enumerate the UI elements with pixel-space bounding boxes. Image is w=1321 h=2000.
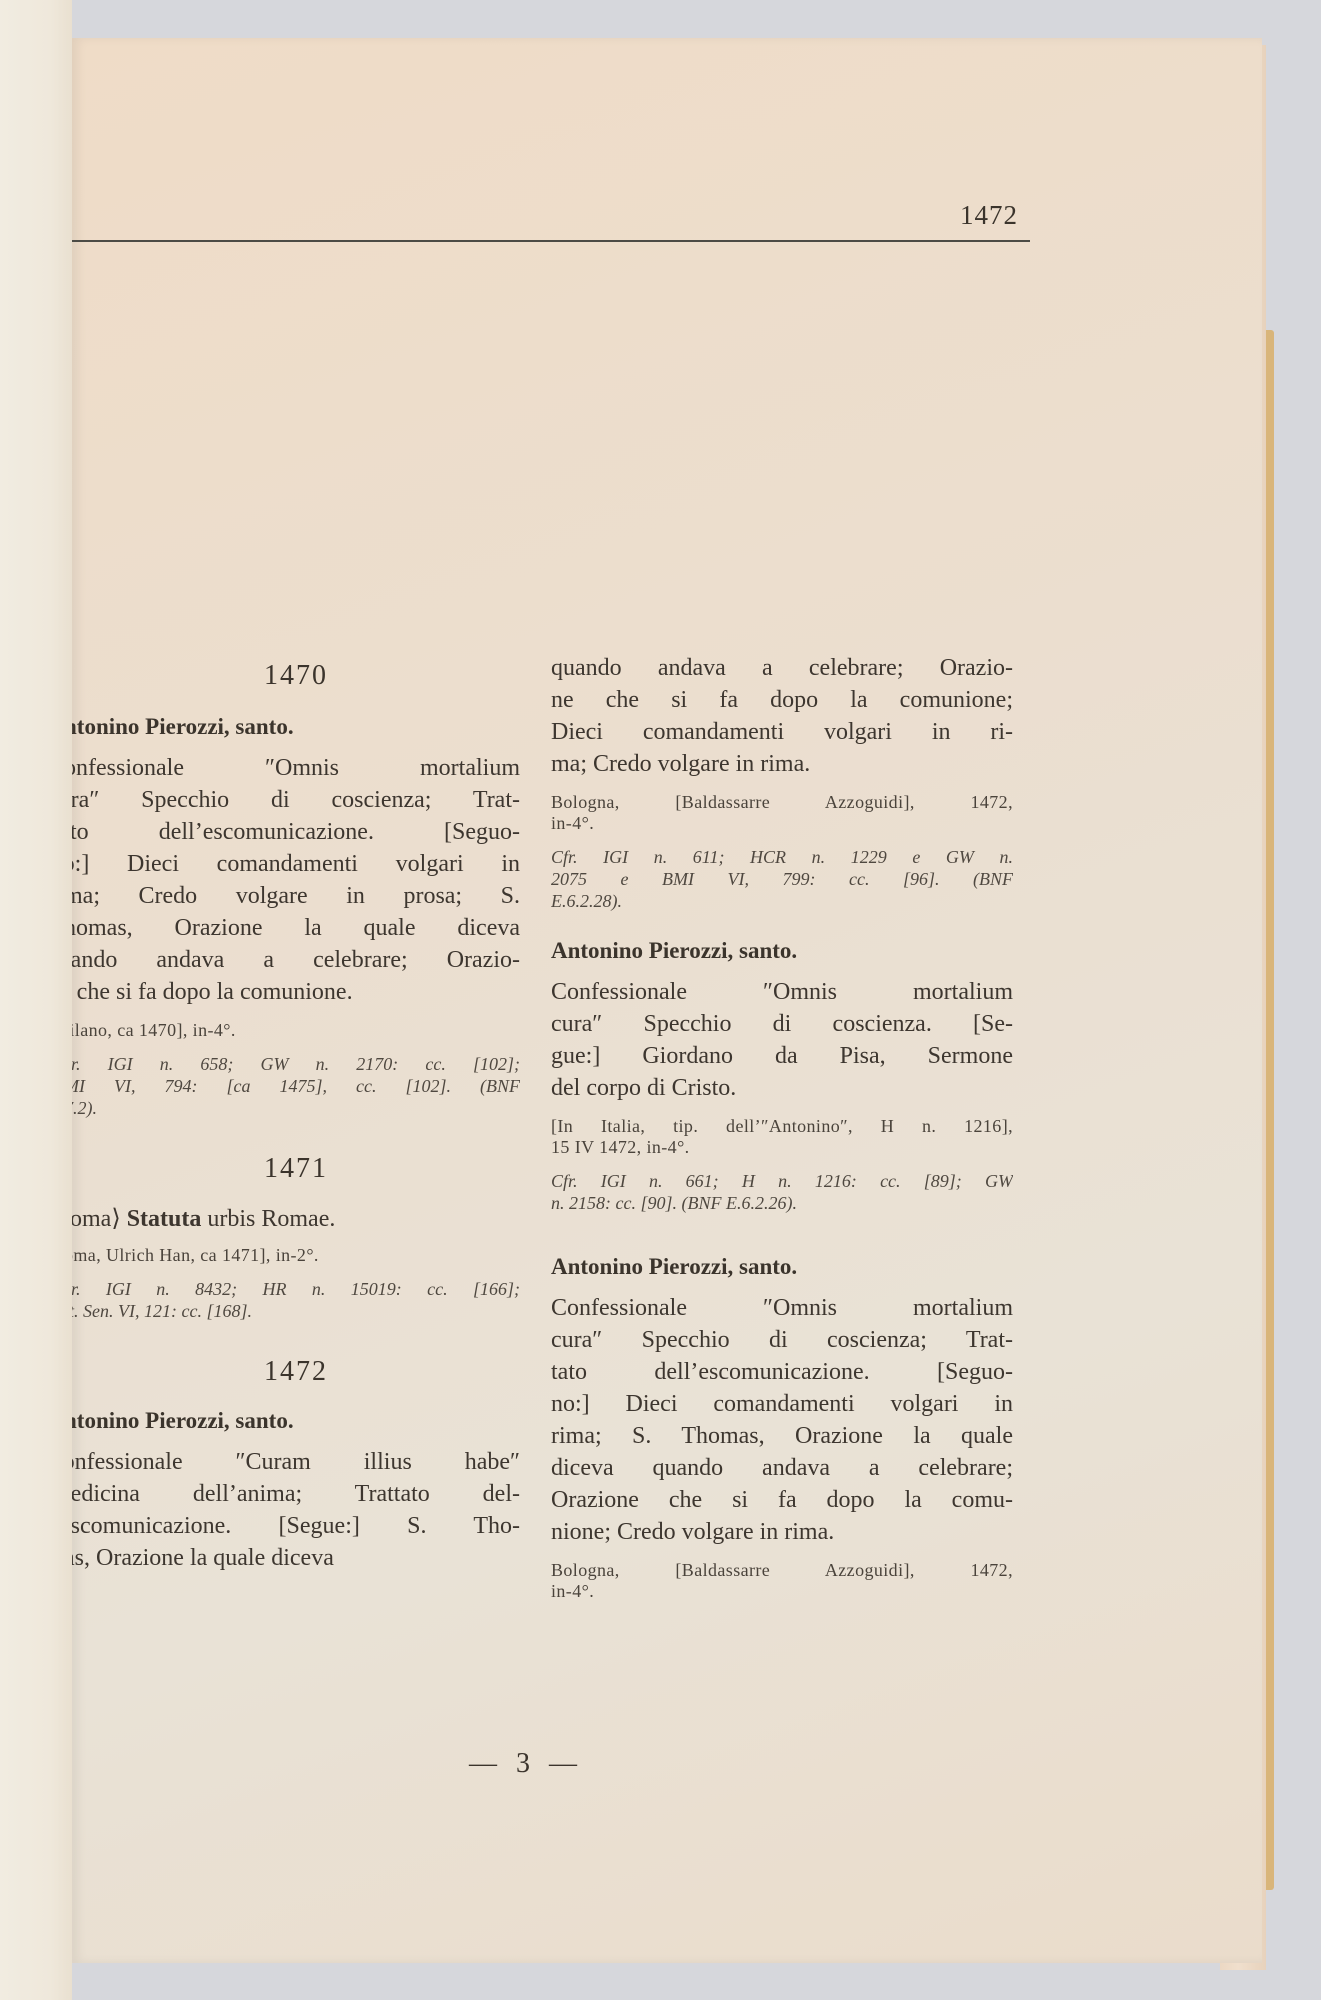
year-heading: 1471 [72,1153,520,1185]
body-line: as, Orazione la quale diceva [72,1542,520,1574]
ref-line: E.6.2.28). [551,890,1013,912]
entry-author: Antonino Pierozzi, santo. [551,938,1013,964]
body-line: gue:] Giordano da Pisa, Sermone [551,1040,1013,1072]
entry-reference: ŕr. IGI n. 658; GW n. 2170: cc. [102]; M… [72,1053,520,1119]
ref-line: ŕr. IGI n. 658; GW n. 2170: cc. [102]; [72,1053,520,1075]
body-line: cura″ Specchio di coscienza; Trat- [551,1324,1013,1356]
ref-line: 7.2). [72,1097,520,1119]
imprint-line: [In Italia, tip. dell’″Antonino″, H n. 1… [551,1116,1013,1137]
imprint-line: oma, Ulrich Han, ca 1471], in-2°. [72,1245,520,1266]
entry-imprint: oma, Ulrich Han, ca 1471], in-2°. [72,1245,520,1266]
entry-body: ɔnfessionale ″Curam illius habe″ :edicin… [72,1446,520,1574]
body-line: .to dell’escomunicazione. [Seguo- [72,816,520,848]
ref-line: Cfr. IGI n. 611; HCR n. 1229 e GW n. [551,846,1013,868]
body-line: cura″ Specchio di coscienza. [Se- [551,1008,1013,1040]
entry-reference: ŕr. IGI n. 8432; HR n. 15019: cc. [166];… [72,1278,520,1322]
body-line: Orazione che si fa dopo la comu- [551,1484,1013,1516]
body-line: rima; S. Thomas, Orazione la quale [551,1420,1013,1452]
imprint-line: 15 IV 1472, in-4°. [551,1137,1013,1158]
body-line: diceva quando andava a celebrare; [551,1452,1013,1484]
left-column: 1470 ntonino Pierozzi, santo. onfessiona… [72,660,520,1574]
body-line: : che si fa dopo la comunione. [72,976,520,1008]
ref-line: ŕr. IGI n. 8432; HR n. 15019: cc. [166]; [72,1278,520,1300]
year-heading: 1472 [72,1356,520,1388]
body-line: :scomunicazione. [Segue:] S. Tho- [72,1510,520,1542]
body-line: Confessionale ″Omnis mortalium [551,976,1013,1008]
ref-line: Cfr. IGI n. 661; H n. 1216: cc. [89]; GW [551,1170,1013,1192]
entry-imprint: Bologna, [Baldassarre Azzoguidi], 1472, … [551,1560,1013,1602]
entry-imprint: lilano, ca 1470], in-4°. [72,1020,520,1041]
title-prefix: .oma⟩ [72,1206,127,1232]
body-line: ne che si fa dopo la comunione; [551,684,1013,716]
right-column: quando andava a celebrare; Orazio- ne ch… [551,652,1013,1602]
ref-line: ıt. Sen. VI, 121: cc. [168]. [72,1300,520,1322]
entry-reference: Cfr. IGI n. 611; HCR n. 1229 e GW n. 207… [551,846,1013,912]
facing-page-edge [0,0,72,2000]
entry-body: Confessionale ″Omnis mortalium cura″ Spe… [551,976,1013,1104]
body-line: :edicina dell’anima; Trattato del- [72,1478,520,1510]
title-bold: Statuta [127,1206,202,1232]
entry-author: ntonino Pierozzi, santo. [72,714,520,740]
body-line: no:] Dieci comandamenti volgari in [551,1388,1013,1420]
year-heading: 1470 [72,660,520,692]
body-line: tato dell’escomunicazione. [Seguo- [551,1356,1013,1388]
entry-body-continuation: quando andava a celebrare; Orazio- ne ch… [551,652,1013,780]
page-number: — 3 — [469,1748,583,1780]
entry-imprint: Bologna, [Baldassarre Azzoguidi], 1472, … [551,792,1013,834]
body-line: homas, Orazione la quale diceva [72,912,520,944]
imprint-line: lilano, ca 1470], in-4°. [72,1020,520,1041]
entry-reference: Cfr. IGI n. 661; H n. 1216: cc. [89]; GW… [551,1170,1013,1214]
body-line: ma; Credo volgare in prosa; S. [72,880,520,912]
ref-line: 2075 e BMI VI, 799: cc. [96]. (BNF [551,868,1013,890]
entry-title: .oma⟩ Statuta urbis Romae. [72,1203,520,1235]
body-line: del corpo di Cristo. [551,1072,1013,1104]
entry-body: onfessionale ″Omnis mortalium ıra″ Specc… [72,752,520,1008]
body-line: onfessionale ″Omnis mortalium [72,752,520,784]
imprint-line: in-4°. [551,813,1013,834]
body-line: ıando andava a celebrare; Orazio- [72,944,520,976]
imprint-line: in-4°. [551,1581,1013,1602]
body-line: ɔnfessionale ″Curam illius habe″ [72,1446,520,1478]
body-line: Confessionale ″Omnis mortalium [551,1292,1013,1324]
imprint-line: Bologna, [Baldassarre Azzoguidi], 1472, [551,792,1013,813]
body-line: ıra″ Specchio di coscienza; Trat- [72,784,520,816]
entry-body: Confessionale ″Omnis mortalium cura″ Spe… [551,1292,1013,1548]
body-line: ma; Credo volgare in rima. [551,748,1013,780]
ref-line: MI VI, 794: [ca 1475], cc. [102]. (BNF [72,1075,520,1097]
entry-imprint: [In Italia, tip. dell’″Antonino″, H n. 1… [551,1116,1013,1158]
entry-author: Antonino Pierozzi, santo. [551,1254,1013,1280]
imprint-line: Bologna, [Baldassarre Azzoguidi], 1472, [551,1560,1013,1581]
body-line: nione; Credo volgare in rima. [551,1516,1013,1548]
ref-line: n. 2158: cc. [90]. (BNF E.6.2.26). [551,1192,1013,1214]
body-line: quando andava a celebrare; Orazio- [551,652,1013,684]
entry-author: ntonino Pierozzi, santo. [72,1408,520,1434]
title-rest: urbis Romae. [201,1206,335,1232]
body-line: Dieci comandamenti volgari in ri- [551,716,1013,748]
book-page: 1472 1470 ntonino Pierozzi, santo. onfes… [72,38,1262,1963]
body-line: ɔ:] Dieci comandamenti volgari in [72,848,520,880]
